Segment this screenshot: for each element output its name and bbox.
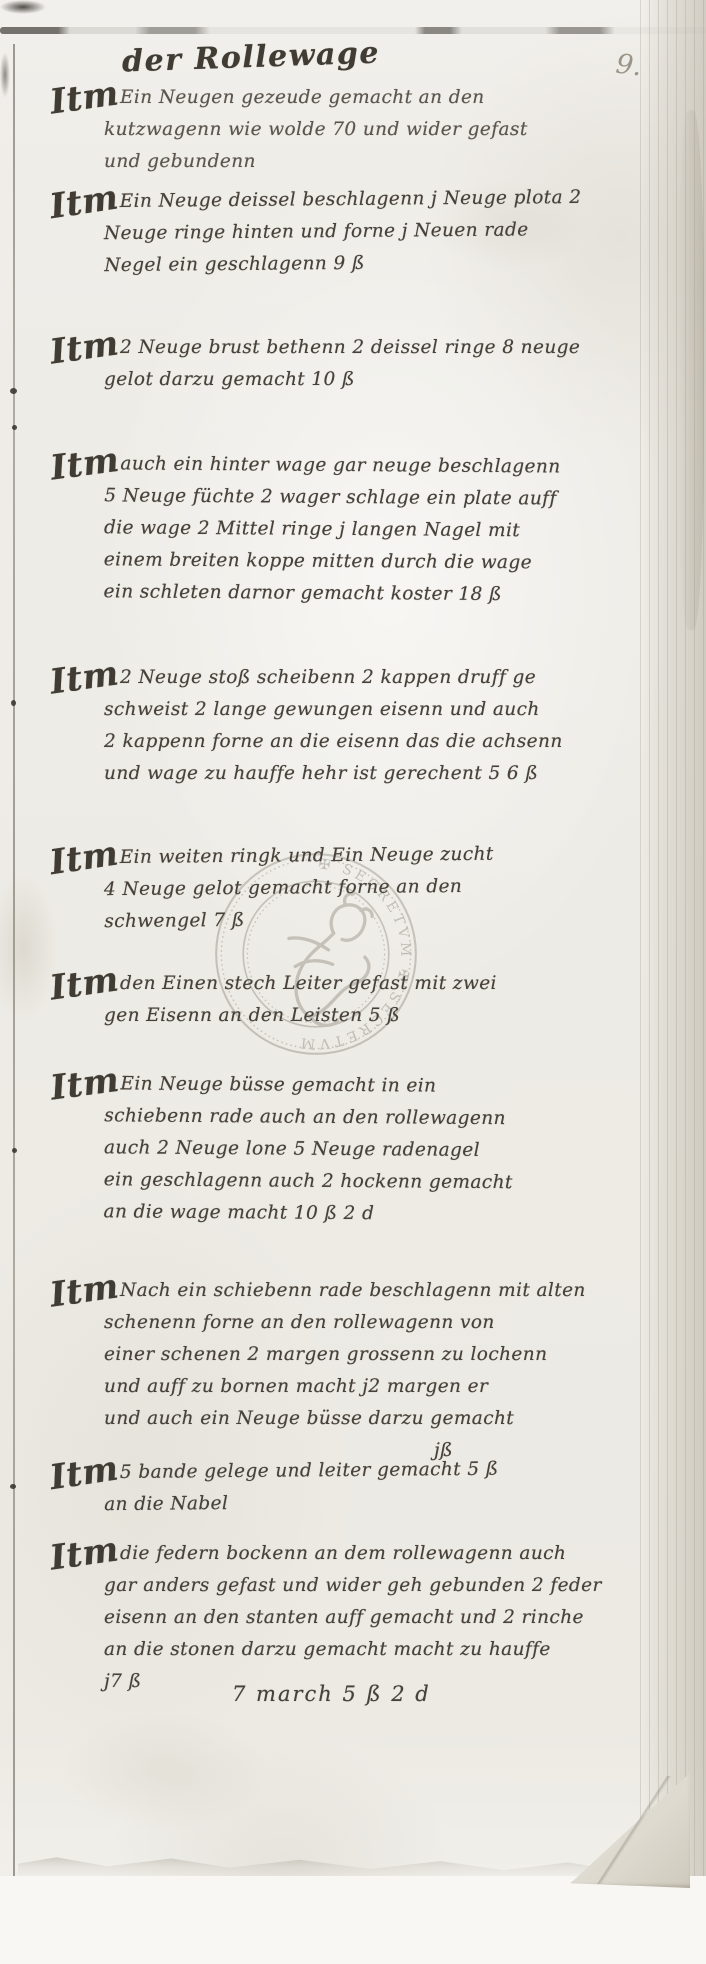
- entry-line: Ein Neugen gezeude gemacht an den: [104, 82, 644, 114]
- entry-line: Ein Neuge büsse gemacht in ein: [104, 1068, 644, 1104]
- entry-line: 5 Neuge füchte 2 wager schlage ein plate…: [104, 480, 644, 516]
- ledger-entry-5: Itm 2 Neuge stoß scheibenn 2 kappen druf…: [48, 662, 644, 790]
- scan-background: [0, 1876, 706, 1964]
- entry-line: Negel ein geschlagenn 9 ß: [104, 245, 644, 282]
- entry-line: und auff zu bornen macht j2 margen er: [104, 1371, 644, 1403]
- entry-line: an die Nabel: [104, 1484, 644, 1521]
- entry-line: den Einen stech Leiter gefast mit zwei: [104, 968, 644, 1000]
- ledger-entry-7: Itm den Einen stech Leiter gefast mit zw…: [48, 968, 644, 1032]
- entry-line: ein geschlagenn auch 2 hockenn gemacht: [104, 1164, 644, 1200]
- stitch-hole: [11, 700, 16, 706]
- ledger-entry-9: Itm Nach ein schiebenn rade beschlagenn …: [48, 1275, 644, 1467]
- entry-line: schiebenn rade auch an den rollewagenn: [104, 1100, 644, 1136]
- sum-total-line: 7 march 5 ß 2 d: [232, 1682, 431, 1706]
- ledger-entry-6: Itm Ein weiten ringk und Ein Neuge zucht…: [48, 837, 645, 938]
- entry-line: einem breiten koppe mitten durch die wag…: [104, 544, 644, 580]
- page-edge-curl: [678, 110, 704, 630]
- stitch-hole: [10, 388, 17, 394]
- entry-line: 4 Neuge gelot gemacht forne an den: [104, 869, 644, 906]
- entry-line: gar anders gefast und wider geh gebunden…: [104, 1570, 644, 1602]
- entry-line: Neuge ringe hinten und forne j Neuen rad…: [104, 213, 644, 250]
- ledger-entry-10: Itm 5 bande gelege und leiter gemacht 5 …: [48, 1452, 645, 1521]
- manuscript-scan: ✠ SECRETVM ✠ SECRETVM der Rollewage 9. I…: [0, 0, 706, 1964]
- stain: [60, 1712, 270, 1832]
- entry-line: schwengel 7 ß: [104, 901, 644, 938]
- entry-line: auch ein hinter wage gar neuge beschlage…: [104, 448, 644, 484]
- entry-line: 5 bande gelege und leiter gemacht 5 ß: [104, 1452, 644, 1489]
- entry-line: ein schleten darnor gemacht koster 18 ß: [103, 576, 643, 612]
- entry-line: an die stonen darzu gemacht macht zu hau…: [104, 1634, 644, 1666]
- entry-line: kutzwagenn wie wolde 70 und wider gefast: [104, 114, 644, 146]
- ledger-entry-2: Itm Ein Neuge deissel beschlagenn j Neug…: [48, 181, 645, 282]
- ledger-entry-11: Itm die federn bockenn an dem rollewagen…: [48, 1538, 644, 1698]
- ledger-entry-1: Itm Ein Neugen gezeude gemacht an den ku…: [48, 82, 644, 178]
- stitch-hole: [12, 1148, 17, 1153]
- page-number: 9.: [614, 49, 643, 83]
- entry-line: Ein Neuge deissel beschlagenn j Neuge pl…: [104, 181, 644, 218]
- entry-line: einer schenen 2 margen grossenn zu loche…: [104, 1339, 644, 1371]
- ledger-entry-4: Itm auch ein hinter wage gar neuge besch…: [47, 448, 644, 612]
- stitch-hole: [12, 425, 17, 430]
- entry-line: und auch ein Neuge büsse darzu gemacht: [104, 1403, 644, 1435]
- dogear-crease: [576, 1776, 694, 1884]
- stitch-hole: [10, 1484, 16, 1489]
- top-leaf-shadow: [0, 27, 706, 34]
- entry-line: und gebundenn: [104, 146, 644, 178]
- entry-line: und wage zu hauffe hehr ist gerechent 5 …: [104, 758, 644, 790]
- entry-line: eisenn an den stanten auff gemacht und 2…: [104, 1602, 644, 1634]
- entry-line: 2 Neuge stoß scheibenn 2 kappen druff ge: [104, 662, 644, 694]
- entry-line: die federn bockenn an dem rollewagenn au…: [104, 1538, 644, 1570]
- spine-smudge: [0, 52, 10, 98]
- entry-line: die wage 2 Mittel ringe j langen Nagel m…: [104, 512, 644, 548]
- entry-line: schweist 2 lange gewungen eisenn und auc…: [104, 694, 644, 726]
- ledger-entry-8: Itm Ein Neuge büsse gemacht in ein schie…: [47, 1068, 644, 1232]
- ledger-entry-3: Itm 2 Neuge brust bethenn 2 deissel ring…: [48, 332, 644, 396]
- entry-line: gelot darzu gemacht 10 ß: [104, 364, 644, 396]
- entry-line: gen Eisenn an den Leisten 5 ß: [104, 1000, 644, 1032]
- entry-line: 2 kappenn forne an die eisenn das die ac…: [104, 726, 644, 758]
- entry-line: auch 2 Neuge lone 5 Neuge radenagel: [104, 1132, 644, 1168]
- corner-smudge: [0, 0, 46, 14]
- entry-line: 2 Neuge brust bethenn 2 deissel ringe 8 …: [104, 332, 644, 364]
- entry-line: an die wage macht 10 ß 2 d: [103, 1196, 643, 1232]
- entry-line: schenenn forne an den rollewagenn von: [104, 1307, 644, 1339]
- entry-line: Nach ein schiebenn rade beschlagenn mit …: [104, 1275, 644, 1307]
- entry-line: Ein weiten ringk und Ein Neuge zucht: [104, 837, 644, 874]
